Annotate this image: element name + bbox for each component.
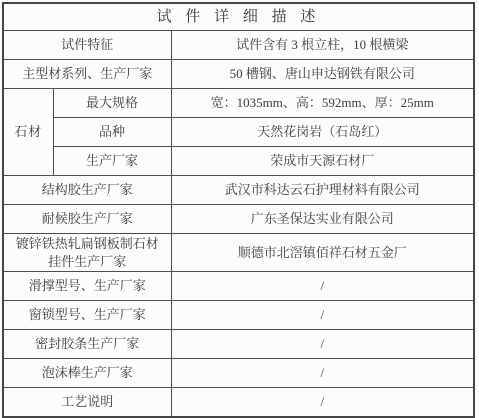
row-label-stone-max-size: 最大规格 (53, 89, 171, 118)
row-label-weatherproof-adhesive: 耐候胶生产厂家 (3, 205, 171, 234)
table-row: 密封胶条生产厂家 / (3, 330, 474, 359)
table-row: 试件特征 试件含有 3 根立柱，10 根横梁 (3, 31, 474, 60)
table-row: 石材 最大规格 宽：1035mm、高：592mm、厚：25mm (3, 89, 474, 118)
row-label-specimen-features: 试件特征 (3, 31, 171, 60)
row-value-process-description: / (171, 388, 474, 418)
row-value-specimen-features: 试件含有 3 根立柱，10 根横梁 (171, 31, 474, 60)
row-value-slide-stay: / (171, 272, 474, 301)
row-label-window-lock: 窗锁型号、生产厂家 (3, 301, 171, 330)
table-row: 试 件 详 细 描 述 (3, 3, 474, 31)
table-row: 耐候胶生产厂家 广东圣保达实业有限公司 (3, 205, 474, 234)
row-label-galvanized-hanger: 镀锌铁热轧扁钢板制石材挂件生产厂家 (3, 234, 171, 272)
row-label-stone-manufacturer: 生产厂家 (53, 147, 171, 176)
document-sheet: 试 件 详 细 描 述 试件特征 试件含有 3 根立柱，10 根横梁 主型材系列… (2, 2, 475, 418)
row-label-foam-rod: 泡沫棒生产厂家 (3, 359, 171, 388)
row-value-structural-adhesive: 武汉市科达云石护理材料有限公司 (171, 176, 474, 205)
row-value-galvanized-hanger: 顺德市北滘镇佰祥石材五金厂 (171, 234, 474, 272)
row-value-window-lock: / (171, 301, 474, 330)
table-row: 滑撑型号、生产厂家 / (3, 272, 474, 301)
row-value-foam-rod: / (171, 359, 474, 388)
table-row: 工艺说明 / (3, 388, 474, 418)
table-row: 泡沫棒生产厂家 / (3, 359, 474, 388)
row-value-stone-variety: 天然花岗岩（石岛红） (171, 118, 474, 147)
row-label-profile-series: 主型材系列、生产厂家 (3, 60, 171, 89)
row-label-sealing-strip: 密封胶条生产厂家 (3, 330, 171, 359)
table-row: 结构胶生产厂家 武汉市科达云石护理材料有限公司 (3, 176, 474, 205)
table-row: 主型材系列、生产厂家 50 槽钢、唐山申达钢铁有限公司 (3, 60, 474, 89)
row-value-profile-series: 50 槽钢、唐山申达钢铁有限公司 (171, 60, 474, 89)
row-value-stone-max-size: 宽：1035mm、高：592mm、厚：25mm (171, 89, 474, 118)
table-row: 镀锌铁热轧扁钢板制石材挂件生产厂家 顺德市北滘镇佰祥石材五金厂 (3, 234, 474, 272)
row-label-slide-stay: 滑撑型号、生产厂家 (3, 272, 171, 301)
specimen-description-table: 试 件 详 细 描 述 试件特征 试件含有 3 根立柱，10 根横梁 主型材系列… (2, 2, 475, 418)
table-row: 品种 天然花岗岩（石岛红） (3, 118, 474, 147)
row-value-weatherproof-adhesive: 广东圣保达实业有限公司 (171, 205, 474, 234)
scanned-document-page: { "document": { "title": "试 件 详 细 描 述", … (0, 0, 479, 418)
stone-group-label: 石材 (3, 89, 53, 176)
row-value-sealing-strip: / (171, 330, 474, 359)
row-label-structural-adhesive: 结构胶生产厂家 (3, 176, 171, 205)
row-value-stone-manufacturer: 荣成市天源石材厂 (171, 147, 474, 176)
table-row: 生产厂家 荣成市天源石材厂 (3, 147, 474, 176)
table-row: 窗锁型号、生产厂家 / (3, 301, 474, 330)
row-label-process-description: 工艺说明 (3, 388, 171, 418)
row-label-stone-variety: 品种 (53, 118, 171, 147)
table-title: 试 件 详 细 描 述 (3, 3, 474, 31)
